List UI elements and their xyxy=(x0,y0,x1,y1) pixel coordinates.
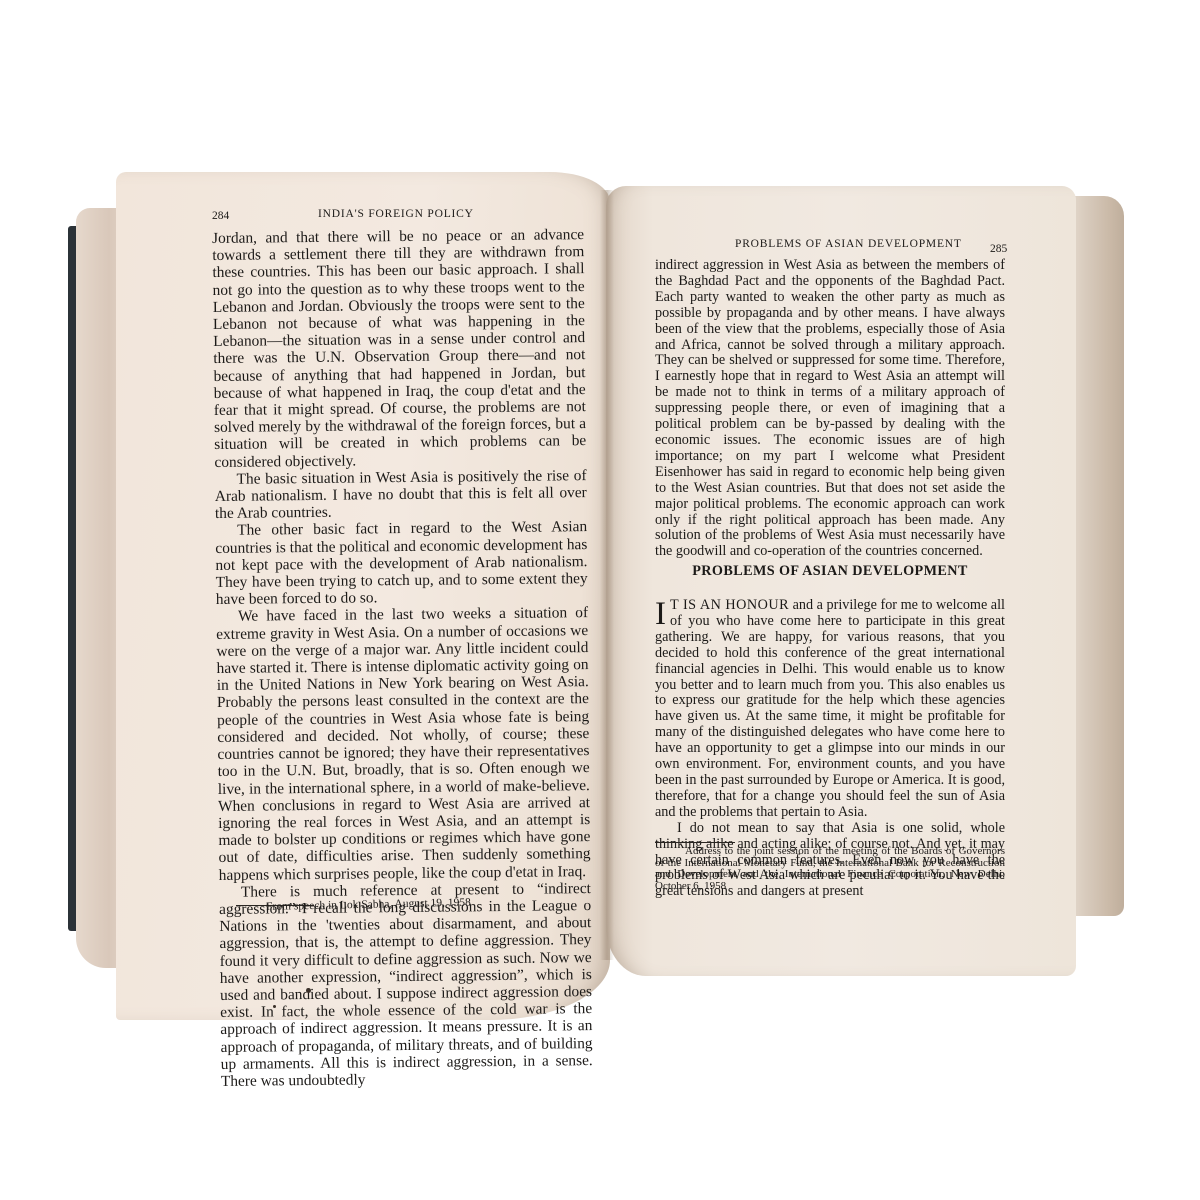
left-paragraph-1: Jordan, and that there will be no peace … xyxy=(212,226,587,471)
left-running-head: INDIA'S FOREIGN POLICY xyxy=(318,208,474,220)
right-page-number: 285 xyxy=(990,243,1007,255)
opening-text: and a privilege for me to welcome all of… xyxy=(655,597,1005,820)
left-page-number: 284 xyxy=(212,210,229,222)
chapter-title: PROBLEMS OF ASIAN DEVELOPMENT xyxy=(655,563,1005,580)
left-page-body: Jordan, and that there will be no peace … xyxy=(212,226,593,1090)
opening-smallcaps: T IS AN HONOUR xyxy=(670,597,789,613)
right-footnote-rule xyxy=(655,842,735,843)
left-paragraph-2: The basic situation in West Asia is posi… xyxy=(215,467,588,523)
drop-cap: I xyxy=(655,600,666,628)
paper-speck xyxy=(306,988,311,993)
right-running-head: PROBLEMS OF ASIAN DEVELOPMENT xyxy=(735,238,962,250)
chapter-opening-paragraph: IT IS AN HONOUR and a privilege for me t… xyxy=(655,598,1005,821)
spine-gutter xyxy=(600,190,614,960)
right-footnote: Address to the joint session of the meet… xyxy=(655,846,1005,892)
left-paragraph-3: The other basic fact in regard to the We… xyxy=(215,519,588,609)
right-continuation-paragraph: indirect aggression in West Asia as betw… xyxy=(655,258,1005,560)
left-paragraph-4: We have faced in the last two weeks a si… xyxy=(216,605,591,884)
paper-speck xyxy=(273,1005,276,1008)
right-page-continuation: indirect aggression in West Asia as betw… xyxy=(655,258,1005,560)
